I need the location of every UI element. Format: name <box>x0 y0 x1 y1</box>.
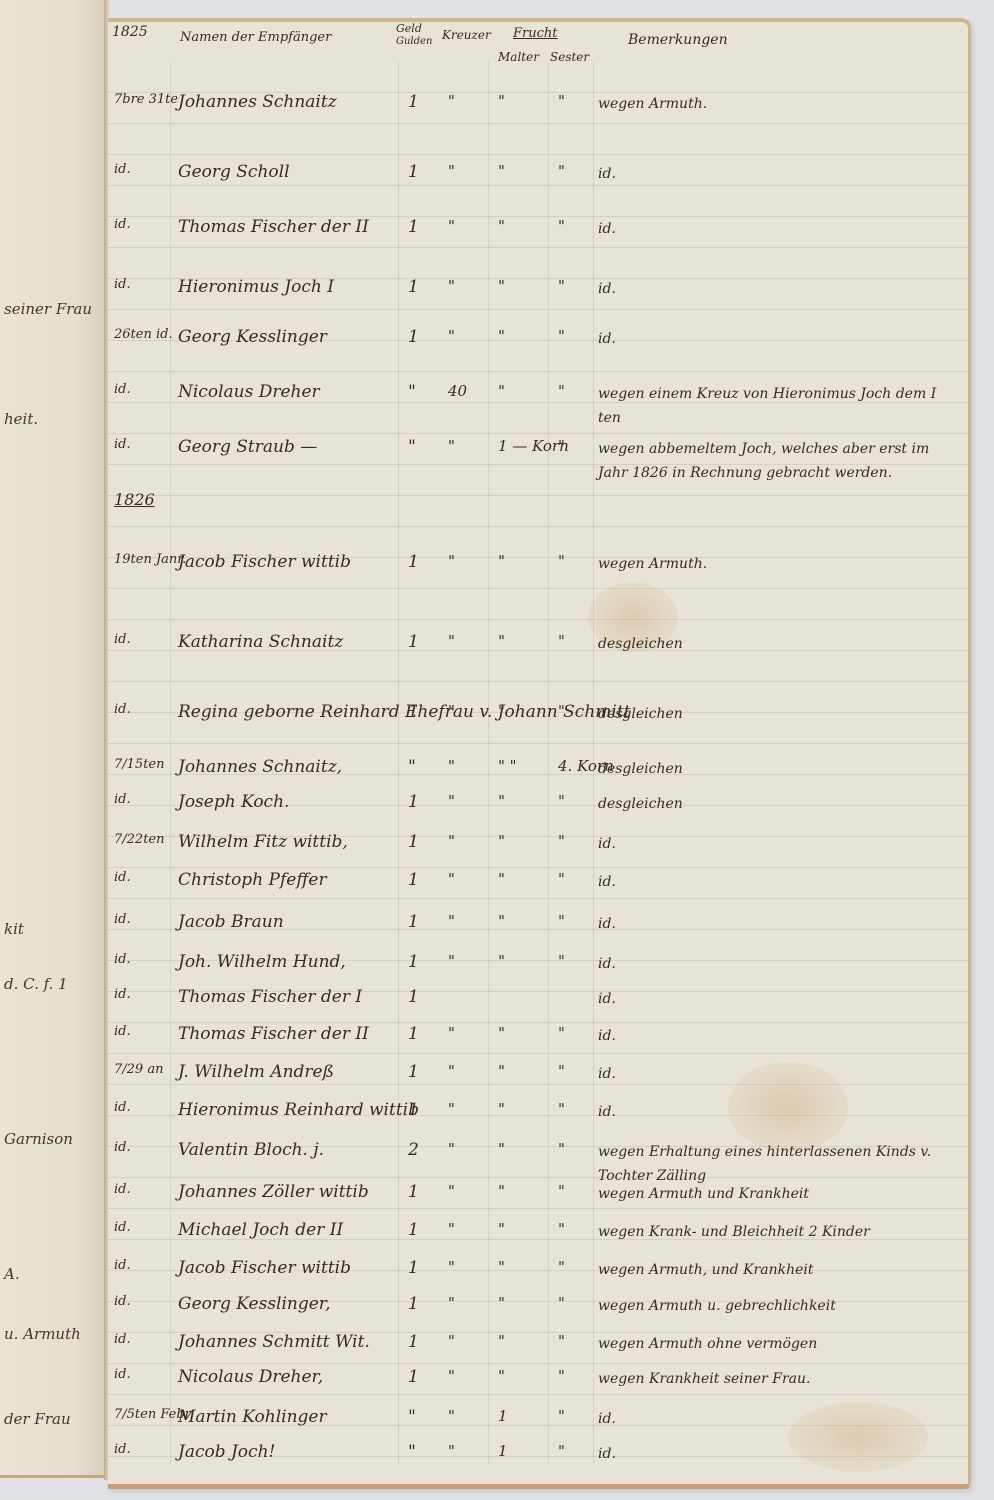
row-date: 7/22ten <box>114 832 174 847</box>
ruling-line <box>108 1363 968 1364</box>
row-kreuzer: " <box>448 92 455 110</box>
ledger-row: 7/22tenWilhelm Fitz wittib,1"""id. <box>108 832 968 862</box>
row-kreuzer: 40 <box>448 382 467 400</box>
row-kreuzer: " <box>448 1442 455 1460</box>
ruling-line <box>108 433 968 434</box>
row-kreuzer: " <box>448 912 455 930</box>
row-gulden: " <box>408 382 416 402</box>
row-name: Hieronimus Joch I <box>178 277 334 297</box>
row-date: id. <box>114 162 174 177</box>
row-gulden: 1 <box>408 1220 419 1240</box>
row-malter: " <box>498 832 505 850</box>
ledger-row: id.Jacob Braun1"""id. <box>108 912 968 942</box>
year-1826: 1826 <box>114 490 155 509</box>
row-sester: " <box>558 1442 565 1460</box>
row-note: id. <box>598 987 938 1011</box>
row-kreuzer: " <box>448 552 455 570</box>
row-sester: " <box>558 277 565 295</box>
row-name: Thomas Fischer der II <box>178 217 369 237</box>
row-name: Michael Joch der II <box>178 1220 343 1240</box>
row-note: wegen Armuth. <box>598 552 938 576</box>
row-malter: " <box>498 552 505 570</box>
header-frucht: Frucht <box>513 26 557 41</box>
row-note: wegen einem Kreuz von Hieronimus Joch de… <box>598 382 938 430</box>
row-sester: " <box>558 327 565 345</box>
row-kreuzer: " <box>448 702 455 720</box>
row-gulden: " <box>408 757 416 777</box>
row-note: id. <box>598 912 938 936</box>
row-malter: " <box>498 702 505 720</box>
row-note: id. <box>598 1442 938 1466</box>
ledger-page: 1825 Namen der Empfänger Geld Gulden Kre… <box>108 18 971 1489</box>
row-malter: " <box>498 870 505 888</box>
row-sester: " <box>558 1100 565 1118</box>
row-sester: " <box>558 1062 565 1080</box>
ledger-row: 7/15tenJohannes Schnaitz,""" "4. Korndes… <box>108 757 968 787</box>
row-kreuzer: " <box>448 217 455 235</box>
row-kreuzer: " <box>448 437 455 455</box>
row-gulden: 1 <box>408 277 419 297</box>
row-gulden: 1 <box>408 92 419 112</box>
row-sester: " <box>558 382 565 400</box>
row-kreuzer: " <box>448 1220 455 1238</box>
header-remarks: Bemerkungen <box>628 32 728 48</box>
row-name: Georg Kesslinger <box>178 327 327 347</box>
row-name: Joh. Wilhelm Hund, <box>178 952 346 972</box>
row-gulden: 1 <box>408 1100 419 1120</box>
row-name: Johannes Schmitt Wit. <box>178 1332 370 1352</box>
ruling-line <box>108 681 968 682</box>
ledger-row: id.Hieronimus Reinhard wittib1"""id. <box>108 1100 968 1130</box>
row-gulden: 1 <box>408 217 419 237</box>
ledger-row: id.Joh. Wilhelm Hund,1"""id. <box>108 952 968 982</box>
ruling-line <box>108 588 968 589</box>
row-malter: " <box>498 1140 505 1158</box>
ruling-line <box>108 867 968 868</box>
row-gulden: 1 <box>408 1182 419 1202</box>
row-date: id. <box>114 1182 174 1197</box>
row-gulden: 1 <box>408 702 419 722</box>
row-malter: " <box>498 92 505 110</box>
row-malter: " <box>498 1220 505 1238</box>
row-date: id. <box>114 1294 174 1309</box>
row-note: wegen Krank- und Bleichheit 2 Kinder <box>598 1220 938 1244</box>
left-page-fragment: der Frau <box>4 1410 71 1428</box>
row-kreuzer: " <box>448 1367 455 1385</box>
row-kreuzer: " <box>448 1024 455 1042</box>
row-kreuzer: " <box>448 277 455 295</box>
row-sester: " <box>558 1294 565 1312</box>
row-name: Valentin Bloch. j. <box>178 1140 324 1160</box>
ledger-row: id.Georg Straub —""1 — Korn"wegen abbeme… <box>108 437 968 467</box>
ruling-line <box>108 743 968 744</box>
left-page-fragment: heit. <box>4 410 38 428</box>
row-name: Jacob Braun <box>178 912 284 932</box>
row-note: id. <box>598 277 938 301</box>
row-name: Johannes Schnaitz, <box>178 757 342 777</box>
row-date: id. <box>114 1100 174 1115</box>
row-kreuzer: " <box>448 162 455 180</box>
row-note: wegen Armuth, und Krankheit <box>598 1258 938 1282</box>
row-gulden: " <box>408 437 416 457</box>
row-gulden: 1 <box>408 912 419 932</box>
row-sester: " <box>558 792 565 810</box>
row-kreuzer: " <box>448 1100 455 1118</box>
row-date: id. <box>114 702 174 717</box>
row-name: Katharina Schnaitz <box>178 632 343 652</box>
row-malter: " " <box>498 757 517 775</box>
header-geld: Geld <box>396 22 422 35</box>
row-date: id. <box>114 1442 174 1457</box>
row-gulden: 1 <box>408 1367 419 1387</box>
row-malter: " <box>498 1367 505 1385</box>
row-kreuzer: " <box>448 757 455 775</box>
row-date: id. <box>114 987 174 1002</box>
row-sester: " <box>558 832 565 850</box>
row-name: Johannes Zöller wittib <box>178 1182 369 1202</box>
row-note: id. <box>598 1062 938 1086</box>
row-note: id. <box>598 1100 938 1124</box>
row-name: Wilhelm Fitz wittib, <box>178 832 348 852</box>
row-malter: " <box>498 632 505 650</box>
row-gulden: 1 <box>408 792 419 812</box>
ledger-row: 19ten Janr.Jacob Fischer wittib1"""wegen… <box>108 552 968 582</box>
row-malter: " <box>498 912 505 930</box>
row-name: Jacob Joch! <box>178 1442 275 1462</box>
row-note: wegen Krankheit seiner Frau. <box>598 1367 938 1391</box>
row-sester: " <box>558 952 565 970</box>
row-note: desgleichen <box>598 632 938 656</box>
header-name: Namen der Empfänger <box>180 30 331 45</box>
row-sester: " <box>558 437 565 455</box>
row-sester: " <box>558 1182 565 1200</box>
row-gulden: 1 <box>408 987 419 1007</box>
row-gulden: 1 <box>408 1062 419 1082</box>
row-note: id. <box>598 1024 938 1048</box>
row-sester: " <box>558 632 565 650</box>
row-sester: " <box>558 162 565 180</box>
ledger-row: id.Jacob Fischer wittib1"""wegen Armuth,… <box>108 1258 968 1288</box>
row-name: Nicolaus Dreher, <box>178 1367 323 1387</box>
row-date: id. <box>114 632 174 647</box>
row-sester: " <box>558 1140 565 1158</box>
row-gulden: 1 <box>408 1332 419 1352</box>
ledger-row: id.Thomas Fischer der II1"""id. <box>108 217 968 247</box>
ledger-row: id.Christoph Pfeffer1"""id. <box>108 870 968 900</box>
row-malter: " <box>498 382 505 400</box>
row-name: Joseph Koch. <box>178 792 289 812</box>
row-name: Hieronimus Reinhard wittib <box>178 1100 419 1120</box>
header-sester: Sester <box>550 50 589 64</box>
row-note: wegen Erhaltung eines hinterlassenen Kin… <box>598 1140 938 1188</box>
row-sester: " <box>558 870 565 888</box>
row-name: Georg Kesslinger, <box>178 1294 330 1314</box>
row-sester: " <box>558 92 565 110</box>
ledger-row: id.Regina geborne Reinhard Ehefrau v. Jo… <box>108 702 968 732</box>
row-kreuzer: " <box>448 1182 455 1200</box>
ruling-line <box>108 526 968 527</box>
ledger-row: id.Johannes Zöller wittib1"""wegen Armut… <box>108 1182 968 1212</box>
row-note: wegen Armuth. <box>598 92 938 116</box>
row-kreuzer: " <box>448 792 455 810</box>
row-kreuzer: " <box>448 1062 455 1080</box>
row-malter: " <box>498 1294 505 1312</box>
row-sester: " <box>558 1407 565 1425</box>
ledger-row: 7/29 anJ. Wilhelm Andreß1"""id. <box>108 1062 968 1092</box>
row-malter: " <box>498 1024 505 1042</box>
row-sester: " <box>558 1024 565 1042</box>
row-malter: " <box>498 1062 505 1080</box>
row-gulden: 1 <box>408 952 419 972</box>
row-date: id. <box>114 1258 174 1273</box>
row-gulden: 1 <box>408 552 419 572</box>
ledger-row: id.Georg Kesslinger,1"""wegen Armuth u. … <box>108 1294 968 1324</box>
row-note: wegen Armuth ohne vermögen <box>598 1332 938 1356</box>
row-date: id. <box>114 1367 174 1382</box>
row-note: id. <box>598 217 938 241</box>
row-gulden: 1 <box>408 870 419 890</box>
row-name: Jacob Fischer wittib <box>178 552 351 572</box>
row-malter: 1 <box>498 1407 508 1425</box>
row-gulden: 2 <box>408 1140 419 1160</box>
ledger-row: id.Thomas Fischer der II1"""id. <box>108 1024 968 1054</box>
row-gulden: 1 <box>408 1294 419 1314</box>
row-name: Nicolaus Dreher <box>178 382 320 402</box>
ledger-row: id.Jacob Joch!""1"id. <box>108 1442 968 1472</box>
left-page-fragment: kit <box>4 920 24 938</box>
row-date: id. <box>114 277 174 292</box>
row-kreuzer: " <box>448 1294 455 1312</box>
row-note: id. <box>598 952 938 976</box>
ledger-row: id.Nicolaus Dreher"40""wegen einem Kreuz… <box>108 382 968 412</box>
row-malter: " <box>498 1182 505 1200</box>
ledger-row: id.Michael Joch der II1"""wegen Krank- u… <box>108 1220 968 1250</box>
row-kreuzer: " <box>448 1258 455 1276</box>
row-note: desgleichen <box>598 792 938 816</box>
ruling-line <box>108 247 968 248</box>
row-sester: " <box>558 1332 565 1350</box>
row-gulden: 1 <box>408 327 419 347</box>
ruling-line <box>108 154 968 155</box>
row-sester: " <box>558 702 565 720</box>
row-kreuzer: " <box>448 1332 455 1350</box>
row-date: id. <box>114 1024 174 1039</box>
row-malter: " <box>498 217 505 235</box>
ledger-row: 7bre 31teJohannes Schnaitz1"""wegen Armu… <box>108 92 968 122</box>
row-kreuzer: " <box>448 327 455 345</box>
row-note: wegen Armuth u. gebrechlichkeit <box>598 1294 938 1318</box>
row-name: Georg Scholl <box>178 162 290 182</box>
ledger-row: 26ten id.Georg Kesslinger1"""id. <box>108 327 968 357</box>
row-gulden: 1 <box>408 1258 419 1278</box>
header-malter: Malter <box>498 50 539 64</box>
row-kreuzer: " <box>448 832 455 850</box>
row-note: id. <box>598 1407 938 1431</box>
row-note: desgleichen <box>598 702 938 726</box>
row-malter: " <box>498 162 505 180</box>
row-name: J. Wilhelm Andreß <box>178 1062 334 1082</box>
left-page-fragment: u. Armuth <box>4 1325 81 1343</box>
row-gulden: 1 <box>408 1024 419 1044</box>
ledger-row: 7/5ten Febr.Martin Kohlinger""1"id. <box>108 1407 968 1437</box>
header-gulden: Gulden <box>396 36 432 47</box>
row-gulden: 1 <box>408 632 419 652</box>
ruling-line <box>108 495 968 496</box>
row-date: id. <box>114 1140 174 1155</box>
row-sester: " <box>558 217 565 235</box>
row-gulden: 1 <box>408 162 419 182</box>
left-page-fragment: seiner Frau <box>4 300 92 318</box>
row-note: id. <box>598 327 938 351</box>
ruling-line <box>108 371 968 372</box>
row-malter: 1 <box>498 1442 508 1460</box>
row-date: id. <box>114 792 174 807</box>
row-date: 7/5ten Febr. <box>114 1407 174 1422</box>
row-name: Georg Straub — <box>178 437 317 457</box>
row-malter: " <box>498 792 505 810</box>
row-name: Johannes Schnaitz <box>178 92 337 112</box>
row-note: wegen Armuth und Krankheit <box>598 1182 938 1206</box>
row-malter: " <box>498 1332 505 1350</box>
row-name: Jacob Fischer wittib <box>178 1258 351 1278</box>
year-1825: 1825 <box>112 24 148 40</box>
row-sester: " <box>558 912 565 930</box>
row-date: id. <box>114 217 174 232</box>
row-sester: " <box>558 1367 565 1385</box>
row-gulden: 1 <box>408 832 419 852</box>
row-date: 7bre 31te <box>114 92 174 107</box>
row-malter: " <box>498 327 505 345</box>
row-note: id. <box>598 162 938 186</box>
left-page-fragment: A. <box>4 1265 20 1283</box>
row-kreuzer: " <box>448 1140 455 1158</box>
row-malter: " <box>498 277 505 295</box>
row-sester: " <box>558 1258 565 1276</box>
ledger-row: id.Georg Scholl1"""id. <box>108 162 968 192</box>
row-kreuzer: " <box>448 1407 455 1425</box>
row-date: id. <box>114 437 174 452</box>
ledger-row: id.Valentin Bloch. j.2"""wegen Erhaltung… <box>108 1140 968 1170</box>
row-name: Christoph Pfeffer <box>178 870 327 890</box>
row-date: 19ten Janr. <box>114 552 174 567</box>
row-gulden: " <box>408 1442 416 1462</box>
row-date: 7/15ten <box>114 757 174 772</box>
row-sester: " <box>558 1220 565 1238</box>
row-malter: " <box>498 1258 505 1276</box>
row-date: id. <box>114 870 174 885</box>
row-date: id. <box>114 952 174 967</box>
header-kreuzer: Kreuzer <box>442 28 491 42</box>
ruling-line <box>108 619 968 620</box>
row-name: Martin Kohlinger <box>178 1407 327 1427</box>
left-page-fragment: d. C. f. 1 <box>4 975 68 993</box>
row-name: Thomas Fischer der II <box>178 1024 369 1044</box>
ledger-row: id.Johannes Schmitt Wit.1"""wegen Armuth… <box>108 1332 968 1362</box>
ledger-row: id.Joseph Koch.1"""desgleichen <box>108 792 968 822</box>
row-note: wegen abbemeltem Joch, welches aber erst… <box>598 437 938 485</box>
row-note: id. <box>598 832 938 856</box>
row-note: id. <box>598 870 938 894</box>
ledger-row: id.Nicolaus Dreher,1"""wegen Krankheit s… <box>108 1367 968 1397</box>
row-malter: " <box>498 952 505 970</box>
ruling-line <box>108 123 968 124</box>
row-kreuzer: " <box>448 632 455 650</box>
ruling-line <box>108 1022 968 1023</box>
row-name: Thomas Fischer der I <box>178 987 362 1007</box>
row-sester: " <box>558 552 565 570</box>
ledger-row: id.Hieronimus Joch I1"""id. <box>108 277 968 307</box>
row-date: 26ten id. <box>114 327 174 342</box>
left-page-fragment: Garnison <box>4 1130 73 1148</box>
row-date: 7/29 an <box>114 1062 174 1077</box>
left-page: seiner Frauheit.kitd. C. f. 1GarnisonA.u… <box>0 0 108 1478</box>
row-gulden: " <box>408 1407 416 1427</box>
row-kreuzer: " <box>448 952 455 970</box>
ruling-line <box>108 309 968 310</box>
row-malter: " <box>498 1100 505 1118</box>
row-date: id. <box>114 1332 174 1347</box>
row-date: id. <box>114 382 174 397</box>
row-date: id. <box>114 1220 174 1235</box>
row-note: desgleichen <box>598 757 938 781</box>
row-date: id. <box>114 912 174 927</box>
row-kreuzer: " <box>448 870 455 888</box>
ledger-row: id.Thomas Fischer der I1id. <box>108 987 968 1017</box>
ledger-row: id.Katharina Schnaitz1"""desgleichen <box>108 632 968 662</box>
